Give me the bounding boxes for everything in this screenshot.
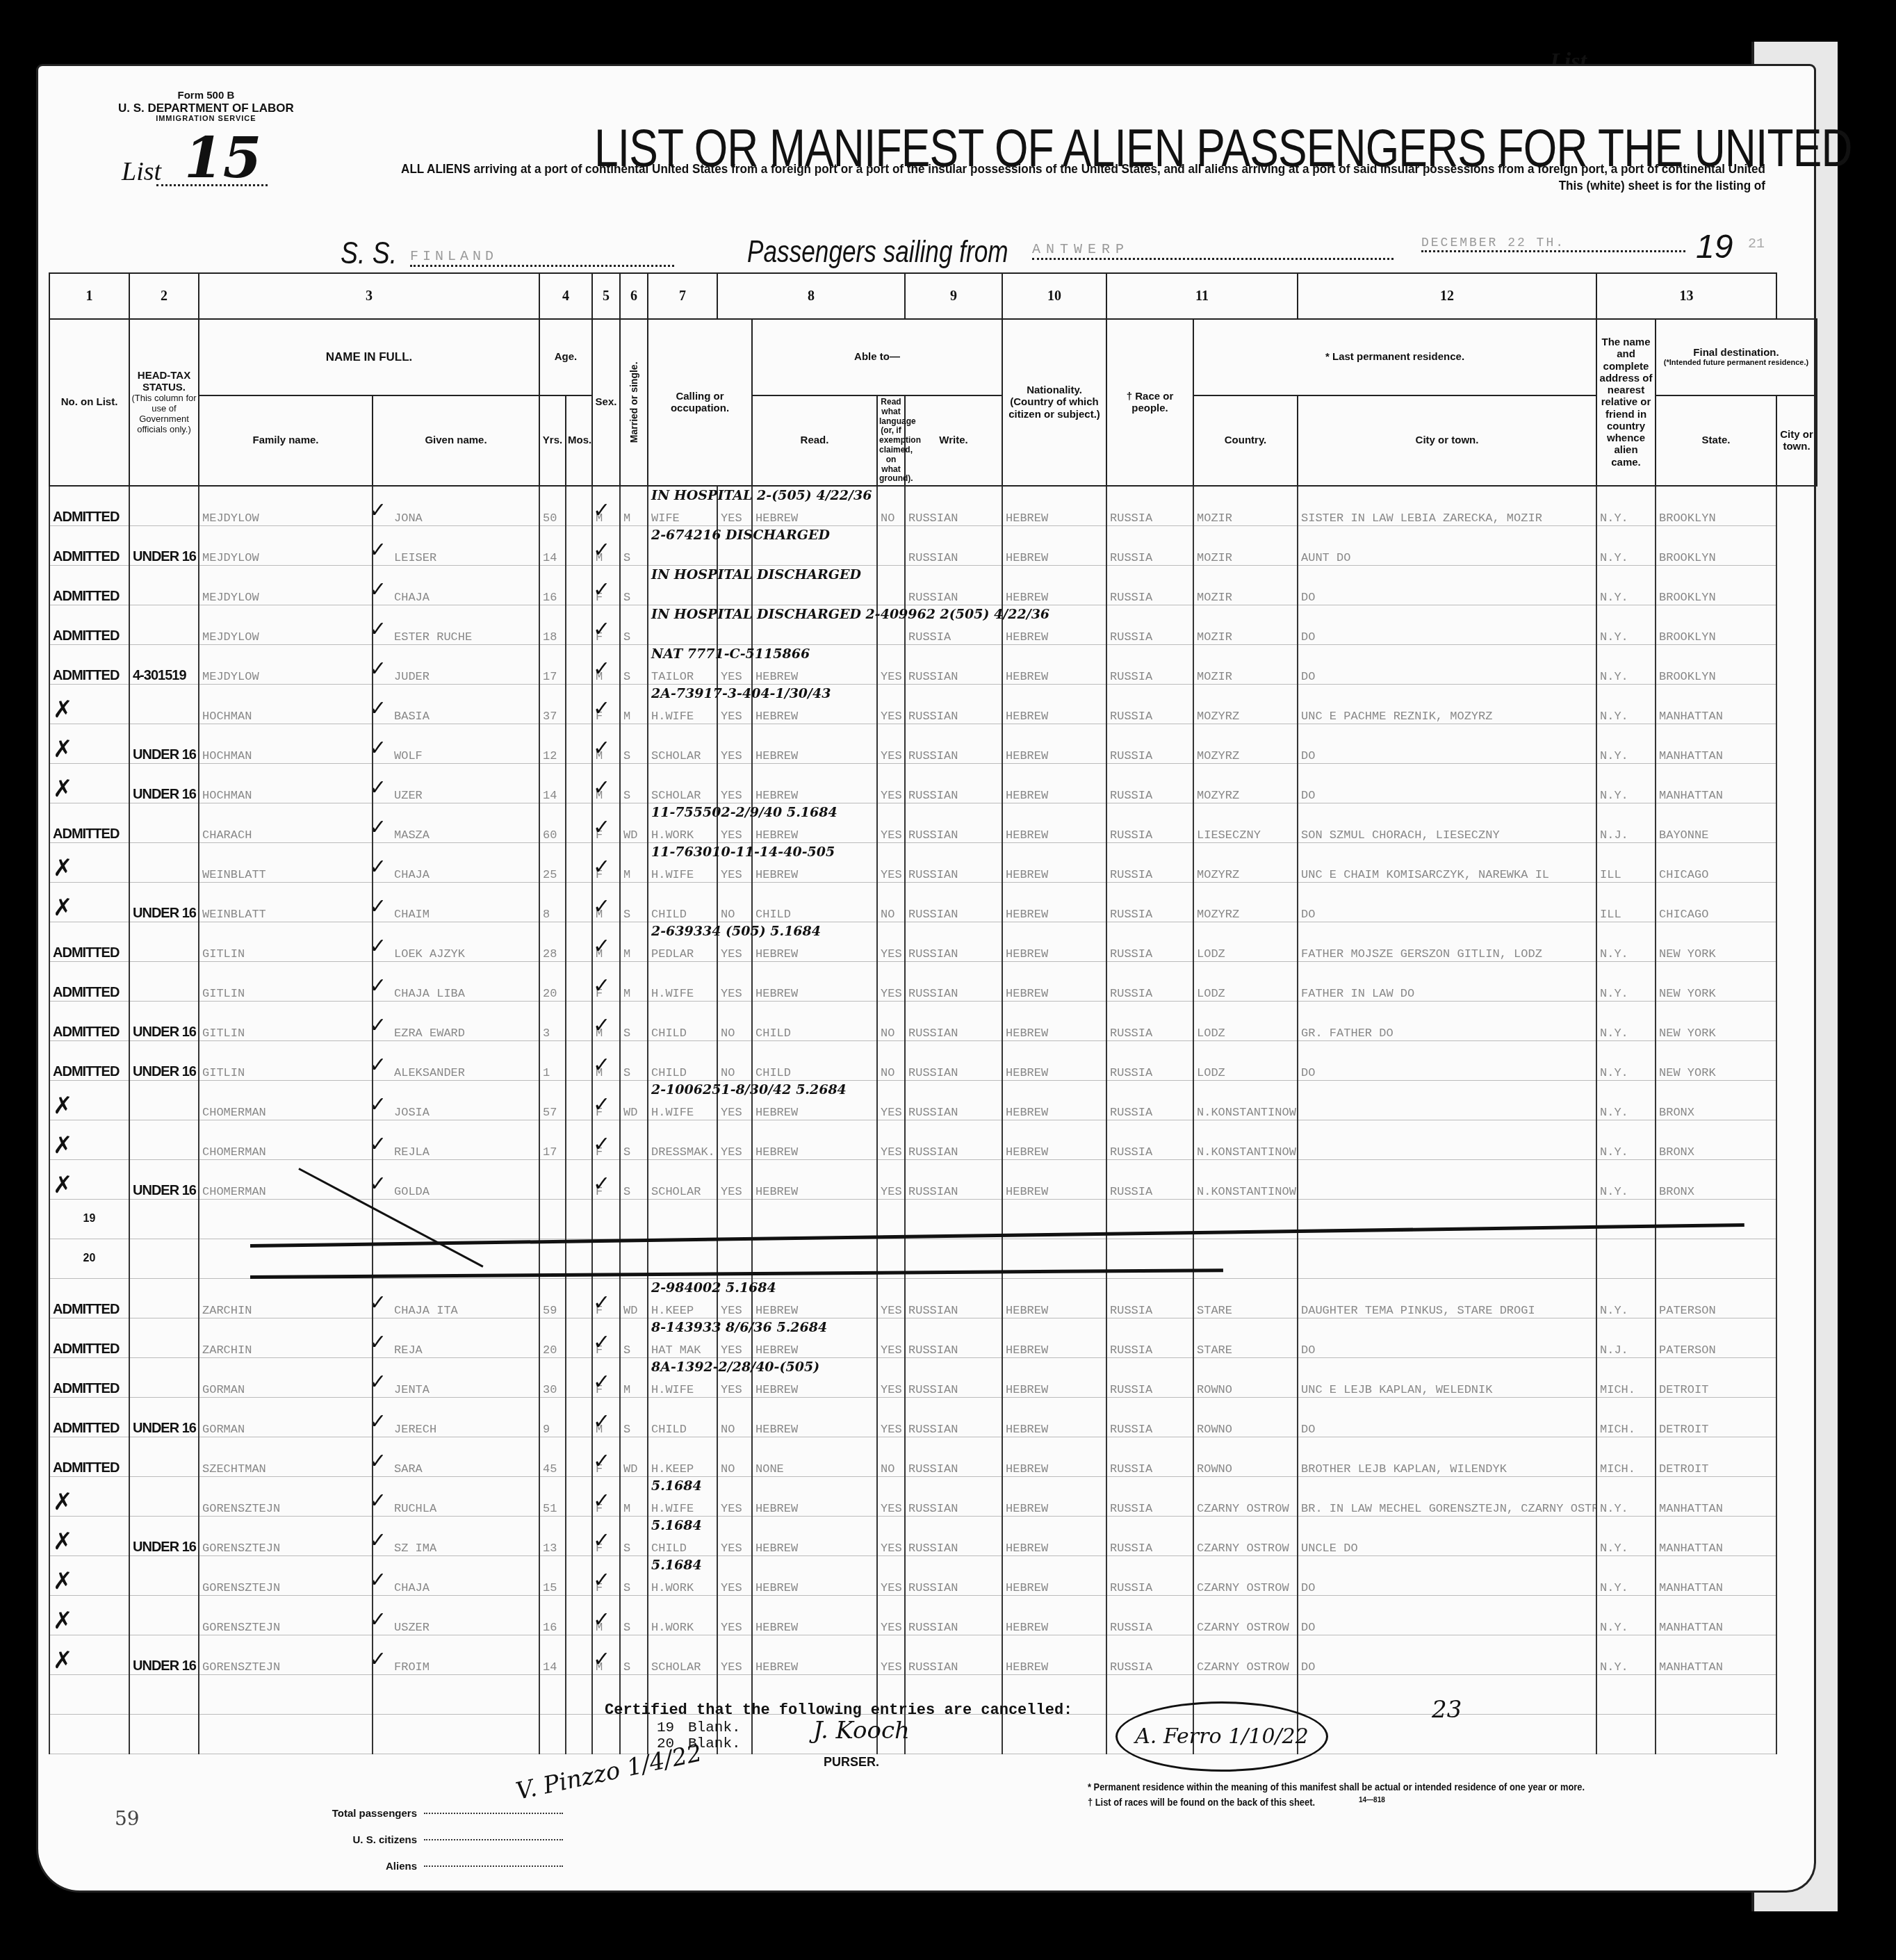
occupation-cell: CHILD: [648, 883, 717, 922]
no-on-list-cell: ADMITTED: [49, 1002, 129, 1041]
age-months-cell: [566, 1556, 592, 1596]
cancel-x-mark: ✗: [53, 1647, 73, 1674]
age-months-cell: [566, 883, 592, 922]
residence-country-cell: RUSSIA: [1106, 1398, 1193, 1437]
can-write-cell: YES: [877, 843, 905, 883]
residence-country: RUSSIA: [1110, 1344, 1152, 1357]
read-language: HEBREW: [755, 1582, 798, 1595]
no-on-list-cell: ADMITTED: [49, 803, 129, 843]
can-write: YES: [881, 1661, 902, 1674]
given-name-cell: JERECH✓: [373, 1398, 539, 1437]
no-on-list-cell: ✗: [49, 1160, 129, 1200]
cancel-x-mark: ✗: [53, 735, 73, 763]
handwritten-annotation: IN HOSPITAL DISCHARGED 2-409962 2(505) 4…: [651, 607, 1049, 622]
read-language: HEBREW: [755, 1661, 798, 1674]
nearest-relative: FATHER IN LAW DO: [1301, 988, 1414, 1001]
residence-city-cell: STARE: [1193, 1318, 1298, 1358]
can-write-cell: YES: [877, 724, 905, 764]
age-years: 28: [543, 948, 557, 961]
marital-status-cell: S: [620, 883, 648, 922]
sex-cell: M✓: [592, 486, 620, 526]
marital-status-cell: M: [620, 843, 648, 883]
can-write-cell: YES: [877, 1358, 905, 1398]
cancel-x-mark: ✗: [53, 1607, 73, 1635]
family-name-cell: HOCHMAN: [199, 685, 373, 724]
nearest-relative: DO: [1301, 671, 1315, 684]
head-tax-status-cell: [129, 486, 199, 526]
read-language-cell: HEBREW: [752, 1398, 877, 1437]
residence-city: ROWNO: [1197, 1423, 1232, 1437]
age-years: 14: [543, 790, 557, 803]
head-tax-status-cell: UNDER 16: [129, 1160, 199, 1200]
residence-city-cell: MOZYRZ: [1193, 883, 1298, 922]
nationality-cell: RUSSIAN: [905, 1437, 1002, 1477]
residence-city: MOZIR: [1197, 631, 1232, 644]
family-name: WEINBLATT: [202, 869, 266, 882]
destination-city-cell: MANHATTAN: [1656, 1477, 1776, 1517]
no-on-list-cell: ADMITTED: [49, 922, 129, 962]
read-language: HEBREW: [755, 790, 798, 803]
residence-country-cell: RUSSIA: [1106, 803, 1193, 843]
destination-city: PATERSON: [1659, 1344, 1716, 1357]
check-mark-icon: ✓: [593, 1330, 610, 1355]
residence-city-cell: LODZ: [1193, 922, 1298, 962]
head-tax-status-cell: UNDER 16: [129, 1517, 199, 1556]
nationality: RUSSIAN: [908, 948, 958, 961]
col-num-11: 11: [1106, 273, 1298, 319]
read-language: HEBREW: [755, 1622, 798, 1635]
residence-city-cell: MOZYRZ: [1193, 764, 1298, 803]
age-years: 59: [543, 1305, 557, 1318]
handwritten-annotation: 2-984002 5.1684: [651, 1280, 776, 1296]
residence-country: RUSSIA: [1110, 1463, 1152, 1476]
manifest-table: 1 2 3 4 5 6 7 8 9 10 11 12 13 No. on Lis…: [49, 272, 1817, 1754]
age-years: 18: [543, 631, 557, 644]
given-name-cell: RUCHLA✓: [373, 1477, 539, 1517]
age-months-cell: [566, 685, 592, 724]
occupation: SCHOLAR: [651, 1186, 701, 1199]
footnotes: * Permanent residence within the meaning…: [1088, 1779, 1585, 1811]
can-read: YES: [721, 1542, 742, 1555]
footnote-races: † List of races will be found on the bac…: [1088, 1795, 1585, 1810]
age-years: 13: [543, 1542, 557, 1555]
handwritten-annotation: IN HOSPITAL 2-(505) 4/22/36: [651, 488, 872, 503]
age-years: 16: [543, 1622, 557, 1635]
family-name: GORMAN: [202, 1384, 245, 1397]
admitted-stamp: ADMITTED: [53, 1421, 119, 1436]
marital-status-cell: S: [620, 1120, 648, 1160]
destination-state: N.Y.: [1600, 1661, 1628, 1674]
read-language: CHILD: [755, 1027, 791, 1040]
admitted-stamp: ADMITTED: [53, 985, 119, 1000]
occupation: WIFE: [651, 512, 680, 525]
residence-city: N.KONSTANTINOW: [1197, 1186, 1296, 1199]
given-name: JENTA: [394, 1384, 430, 1397]
header-dest-state: State.: [1656, 395, 1776, 486]
destination-state: N.Y.: [1600, 552, 1628, 565]
table-row: ✗UNDER 16WEINBLATTCHAIM✓8M✓SCHILDNOCHILD…: [49, 883, 1817, 922]
residence-country: RUSSIA: [1110, 1186, 1152, 1199]
can-read-cell: YES: [717, 724, 752, 764]
residence-city-cell: CZARNY OSTROW: [1193, 1556, 1298, 1596]
check-mark-icon: ✓: [593, 578, 610, 602]
can-read: YES: [721, 671, 742, 684]
race: HEBREW: [1006, 1582, 1048, 1595]
nearest-relative-cell: DO: [1298, 1635, 1596, 1675]
cancel-x-mark: ✗: [53, 696, 73, 724]
nationality: RUSSIAN: [908, 1423, 958, 1437]
departure-port: ANTWERP: [1032, 242, 1394, 260]
destination-state-cell: N.Y.: [1596, 764, 1656, 803]
residence-country: RUSSIA: [1110, 1622, 1152, 1635]
check-mark-icon: ✓: [593, 1647, 610, 1672]
race: HEBREW: [1006, 1661, 1048, 1674]
marital-status: S: [623, 750, 630, 763]
destination-city-cell: BROOKLYN: [1656, 645, 1776, 685]
nearest-relative-cell: DO: [1298, 1556, 1596, 1596]
admitted-stamp: ADMITTED: [53, 668, 119, 683]
nearest-relative: SON SZMUL CHORACH, LIESECZNY: [1301, 829, 1500, 842]
given-name-cell: FROIM✓: [373, 1635, 539, 1675]
marital-status: S: [623, 1344, 630, 1357]
destination-city-cell: BROOKLYN: [1656, 486, 1776, 526]
nationality-cell: RUSSIAN: [905, 1279, 1002, 1318]
nearest-relative: BROTHER LEJB KAPLAN, WILENDYK: [1301, 1463, 1507, 1476]
nearest-relative-cell: [1298, 1081, 1596, 1120]
age-years: 37: [543, 710, 557, 724]
residence-country: RUSSIA: [1110, 1067, 1152, 1080]
can-write-cell: YES: [877, 1160, 905, 1200]
check-mark-icon: ✓: [593, 1608, 610, 1632]
residence-country: RUSSIA: [1110, 710, 1152, 724]
admitted-stamp: ADMITTED: [53, 589, 119, 604]
given-name: CHAJA: [394, 591, 430, 605]
read-language: HEBREW: [755, 1503, 798, 1516]
header-nationality: Nationality. (Country of which citizen o…: [1002, 319, 1106, 486]
nearest-relative: BR. IN LAW MECHEL GORENSZTEJN, CZARNY OS…: [1301, 1503, 1596, 1516]
age-years: 12: [543, 750, 557, 763]
family-name-cell: CHOMERMAN: [199, 1081, 373, 1120]
nationality-cell: RUSSIAN: [905, 1318, 1002, 1358]
read-language-cell: HEBREW: [752, 1477, 877, 1517]
destination-city: BROOKLYN: [1659, 671, 1716, 684]
residence-city: LODZ: [1197, 988, 1225, 1001]
can-write-cell: YES: [877, 1398, 905, 1437]
table-row: ✗UNDER 16HOCHMANWOLF✓12M✓SSCHOLARYESHEBR…: [49, 724, 1817, 764]
residence-city-cell: CZARNY OSTROW: [1193, 1477, 1298, 1517]
age-years: 8: [543, 908, 550, 922]
given-name-cell: JENTA✓: [373, 1358, 539, 1398]
given-name: CHAJA ITA: [394, 1305, 458, 1318]
age-years-cell: 15: [539, 1556, 566, 1596]
read-language: HEBREW: [755, 948, 798, 961]
age-years-cell: 14: [539, 764, 566, 803]
race: HEBREW: [1006, 512, 1048, 525]
read-language-cell: CHILD: [752, 1002, 877, 1041]
can-read: NO: [721, 1027, 735, 1040]
destination-city: MANHATTAN: [1659, 750, 1723, 763]
residence-country: RUSSIA: [1110, 1661, 1152, 1674]
no-on-list-cell: ADMITTED: [49, 605, 129, 645]
destination-city: DETROIT: [1659, 1463, 1708, 1476]
nearest-relative: GR. FATHER DO: [1301, 1027, 1394, 1040]
occupation-cell: CHILD: [648, 1002, 717, 1041]
age-years: 9: [543, 1423, 550, 1437]
occupation: H.WORK: [651, 1582, 694, 1595]
read-language-cell: HEBREW: [752, 724, 877, 764]
destination-city-cell: PATERSON: [1656, 1318, 1776, 1358]
total-passengers-field: [424, 1813, 563, 1814]
head-tax-status: UNDER 16: [133, 1421, 196, 1436]
age-months-cell: [566, 1477, 592, 1517]
marital-status: WD: [623, 1305, 637, 1318]
marital-status: M: [623, 1503, 630, 1516]
head-tax-status-cell: [129, 1279, 199, 1318]
nationality-cell: RUSSIAN: [905, 1120, 1002, 1160]
check-mark-icon: ✓: [593, 1489, 610, 1513]
destination-city-cell: DETROIT: [1656, 1358, 1776, 1398]
residence-city-cell: ROWNO: [1193, 1358, 1298, 1398]
sex-cell: M✓: [592, 645, 620, 685]
nationality: RUSSIAN: [908, 1027, 958, 1040]
no-on-list-cell: ✗: [49, 1635, 129, 1675]
check-mark-icon: ✓: [373, 895, 386, 919]
nearest-relative-cell: DO: [1298, 883, 1596, 922]
occupation: CHILD: [651, 908, 687, 922]
destination-state: N.Y.: [1600, 512, 1628, 525]
marital-status: S: [623, 1067, 630, 1080]
occupation-cell: H.WIFE11-763010-11-14-40-505: [648, 843, 717, 883]
nearest-relative-cell: [1298, 1160, 1596, 1200]
age-years: 1: [543, 1067, 550, 1080]
age-years-cell: 20: [539, 1318, 566, 1358]
race: HEBREW: [1006, 1146, 1048, 1159]
race-cell: HEBREW: [1002, 1279, 1106, 1318]
age-years-cell: 17: [539, 1120, 566, 1160]
nearest-relative-cell: DO: [1298, 1596, 1596, 1635]
nationality-cell: RUSSIAN: [905, 526, 1002, 566]
can-write-cell: YES: [877, 645, 905, 685]
nearest-relative-cell: GR. FATHER DO: [1298, 1002, 1596, 1041]
age-years: 15: [543, 1582, 557, 1595]
nationality-cell: RUSSIAN: [905, 645, 1002, 685]
cancel-x-mark: ✗: [53, 1171, 73, 1199]
family-name-cell: GORENSZTEJN: [199, 1477, 373, 1517]
family-name-cell: GORENSZTEJN: [199, 1596, 373, 1635]
nearest-relative: DO: [1301, 1661, 1315, 1674]
given-name: BASIA: [394, 710, 430, 724]
can-write: NO: [881, 908, 894, 922]
read-language-cell: CHILD: [752, 883, 877, 922]
sex-cell: F✓: [592, 1120, 620, 1160]
residence-city: MOZYRZ: [1197, 790, 1239, 803]
nationality-cell: RUSSIAN: [905, 1635, 1002, 1675]
occupation-cell: H.WORK11-755502-2/9/40 5.1684: [648, 803, 717, 843]
marital-status: M: [623, 988, 630, 1001]
us-citizens-field: [424, 1839, 563, 1840]
nearest-relative-cell: [1298, 1120, 1596, 1160]
head-tax-status: 4-301519: [133, 668, 186, 683]
destination-city-cell: NEW YORK: [1656, 922, 1776, 962]
race: HEBREW: [1006, 1423, 1048, 1437]
no-on-list-cell: ✗: [49, 1477, 129, 1517]
purser-signature: J. Kooch: [813, 1717, 910, 1745]
marital-status: M: [623, 1384, 630, 1397]
age-months-cell: [566, 1635, 592, 1675]
residence-country-cell: RUSSIA: [1106, 605, 1193, 645]
admitted-stamp: ADMITTED: [53, 1341, 119, 1357]
age-years-cell: 1: [539, 1041, 566, 1081]
read-language-cell: HEBREW: [752, 962, 877, 1002]
occupation-cell: 2-674216 DISCHARGED: [648, 526, 717, 566]
age-months-cell: [566, 1041, 592, 1081]
given-name-cell: LOEK AJZYK✓: [373, 922, 539, 962]
age-months-cell: [566, 764, 592, 803]
sex-cell: M✓: [592, 1002, 620, 1041]
residence-country-cell: RUSSIA: [1106, 1477, 1193, 1517]
given-name: RUCHLA: [394, 1503, 436, 1516]
race-cell: HEBREW: [1002, 1398, 1106, 1437]
col-num-3: 3: [199, 273, 539, 319]
destination-state: MICH.: [1600, 1423, 1635, 1437]
read-language: HEBREW: [755, 829, 798, 842]
nationality-cell: RUSSIAN: [905, 1160, 1002, 1200]
race-cell: HEBREW: [1002, 1477, 1106, 1517]
occupation-cell: HAT MAK8-143933 8/6/36 5.2684: [648, 1318, 717, 1358]
nearest-relative: AUNT DO: [1301, 552, 1350, 565]
can-write: NO: [881, 1067, 894, 1080]
can-read: NO: [721, 1423, 735, 1437]
can-read: YES: [721, 1146, 742, 1159]
residence-country: RUSSIA: [1110, 552, 1152, 565]
sex-cell: M✓: [592, 724, 620, 764]
table-row: ✗CHOMERMANREJLA✓17F✓SDRESSMAK.YESHEBREWY…: [49, 1120, 1817, 1160]
family-name-cell: GORENSZTEJN: [199, 1556, 373, 1596]
marital-status: S: [623, 631, 630, 644]
marital-status-cell: M: [620, 922, 648, 962]
head-tax-status-cell: [129, 1596, 199, 1635]
col-num-13: 13: [1596, 273, 1776, 319]
occupation-cell: H.WORK5.1684: [648, 1556, 717, 1596]
head-tax-status-cell: UNDER 16: [129, 1041, 199, 1081]
handwritten-annotation: 5.1684: [651, 1518, 702, 1533]
check-mark-icon: ✓: [373, 1053, 386, 1077]
can-write: YES: [881, 1503, 902, 1516]
age-years-cell: 45: [539, 1437, 566, 1477]
age-months-cell: [566, 1596, 592, 1635]
age-months-cell: [566, 566, 592, 605]
residence-country: RUSSIA: [1110, 829, 1152, 842]
residence-city-cell: MOZIR: [1193, 526, 1298, 566]
family-name-cell: CHARACH: [199, 803, 373, 843]
destination-state: N.Y.: [1600, 1067, 1628, 1080]
destination-state-cell: N.Y.: [1596, 526, 1656, 566]
race: HEBREW: [1006, 710, 1048, 724]
handwritten-annotation: 2-674216 DISCHARGED: [651, 528, 830, 543]
occupation-cell: H.WIFE2A-73917-3-404-1/30/43: [648, 685, 717, 724]
destination-city: NEW YORK: [1659, 988, 1716, 1001]
race-cell: HEBREW: [1002, 1002, 1106, 1041]
can-write: YES: [881, 671, 902, 684]
nationality-cell: RUSSIAN: [905, 843, 1002, 883]
check-mark-icon: ✓: [373, 1608, 386, 1632]
can-write: YES: [881, 1542, 902, 1555]
family-name: GITLIN: [202, 1027, 245, 1040]
destination-city: NEW YORK: [1659, 948, 1716, 961]
residence-city: MOZYRZ: [1197, 750, 1239, 763]
age-years-cell: 59: [539, 1279, 566, 1318]
col-num-6: 6: [620, 273, 648, 319]
occupation: H.WIFE: [651, 869, 694, 882]
header-city: City or town.: [1298, 395, 1596, 486]
marital-status-cell: S: [620, 1398, 648, 1437]
can-write: YES: [881, 710, 902, 724]
race-cell: HEBREW: [1002, 645, 1106, 685]
header-given-name: Given name.: [373, 395, 539, 486]
age-months-cell: [566, 803, 592, 843]
nationality: RUSSIA: [908, 631, 951, 644]
nearest-relative-cell: UNC E PACHME REZNIK, MOZYRZ: [1298, 685, 1596, 724]
given-name-cell: USZER✓: [373, 1596, 539, 1635]
residence-city: N.KONSTANTINOW: [1197, 1146, 1296, 1159]
destination-state: N.Y.: [1600, 1503, 1628, 1516]
residence-country-cell: RUSSIA: [1106, 724, 1193, 764]
family-name: SZECHTMAN: [202, 1463, 266, 1476]
handwritten-annotation: IN HOSPITAL DISCHARGED: [651, 567, 861, 582]
list-label: List: [122, 156, 161, 187]
nationality-cell: RUSSIAN: [905, 566, 1002, 605]
age-years-cell: 14: [539, 1635, 566, 1675]
residence-country-cell: RUSSIA: [1106, 1120, 1193, 1160]
can-write-cell: YES: [877, 1635, 905, 1675]
check-mark-icon: ✓: [593, 855, 610, 879]
can-write: YES: [881, 1384, 902, 1397]
nearest-relative: DO: [1301, 1423, 1315, 1437]
family-name-cell: WEINBLATT: [199, 843, 373, 883]
marital-status-cell: M: [620, 962, 648, 1002]
no-on-list-cell: ADMITTED: [49, 1358, 129, 1398]
destination-state: N.Y.: [1600, 710, 1628, 724]
can-read-cell: YES: [717, 1160, 752, 1200]
can-read-cell: NO: [717, 1041, 752, 1081]
family-name-cell: GITLIN: [199, 962, 373, 1002]
nationality: RUSSIAN: [908, 790, 958, 803]
residence-country-cell: RUSSIA: [1106, 962, 1193, 1002]
age-years-cell: 16: [539, 1596, 566, 1635]
check-mark-icon: ✓: [593, 1291, 610, 1315]
race-cell: HEBREW: [1002, 1160, 1106, 1200]
given-name: USZER: [394, 1622, 430, 1635]
residence-city: CZARNY OSTROW: [1197, 1542, 1289, 1555]
can-read-cell: YES: [717, 1120, 752, 1160]
destination-state: N.Y.: [1600, 1622, 1628, 1635]
check-mark-icon: ✓: [593, 1172, 610, 1196]
nearest-relative-cell: UNC E LEJB KAPLAN, WELEDNIK: [1298, 1358, 1596, 1398]
marital-status-cell: S: [620, 1635, 648, 1675]
age-months-cell: [566, 1358, 592, 1398]
nearest-relative-cell: DO: [1298, 605, 1596, 645]
nationality-cell: RUSSIAN: [905, 962, 1002, 1002]
can-write: YES: [881, 1582, 902, 1595]
family-name: WEINBLATT: [202, 908, 266, 922]
residence-city-cell: ROWNO: [1193, 1437, 1298, 1477]
can-write: YES: [881, 1622, 902, 1635]
nationality: RUSSIAN: [908, 1186, 958, 1199]
nearest-relative: DO: [1301, 631, 1315, 644]
marital-status: S: [623, 908, 630, 922]
destination-city-cell: MANHATTAN: [1656, 1635, 1776, 1675]
destination-city: CHICAGO: [1659, 869, 1708, 882]
